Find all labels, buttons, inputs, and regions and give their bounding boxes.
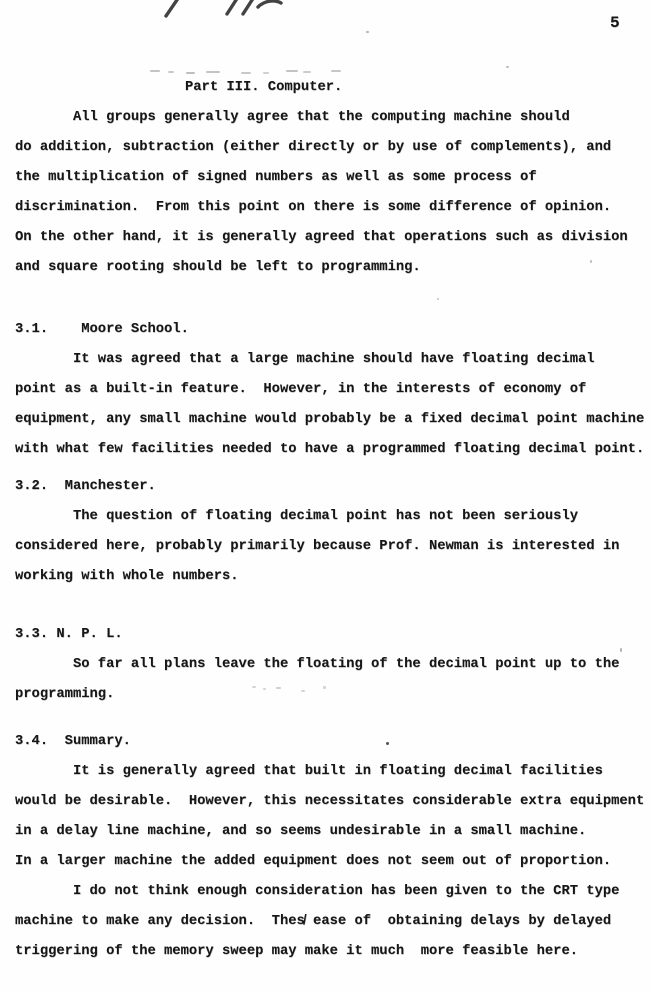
text-line: the multiplication of signed numbers as … (15, 163, 650, 193)
text-line: and square rooting should be left to pro… (15, 253, 650, 283)
section-summary: 3.4. Summary. It is generally agreed tha… (15, 727, 650, 967)
text-line: do addition, subtraction (either directl… (15, 133, 650, 163)
text-line: with what few facilities needed to have … (15, 435, 650, 465)
section-moore-school: 3.1. Moore School. It was agreed that a … (15, 315, 650, 465)
text-line: On the other hand, it is generally agree… (15, 223, 650, 253)
text-line: in a delay line machine, and so seems un… (15, 817, 650, 847)
text-line: would be desirable. However, this necess… (15, 787, 650, 817)
text-line: working with whole numbers. (15, 562, 650, 592)
text-line: considered here, probably primarily beca… (15, 532, 650, 562)
section-npl: 3.3. N. P. L. So far all plans leave the… (15, 620, 650, 710)
section-heading: 3.3. N. P. L. (15, 620, 650, 650)
text-line: So far all plans leave the floating of t… (15, 650, 650, 680)
page-title: Part III. Computer. (15, 73, 650, 103)
section-paragraph: It was agreed that a large machine shoul… (15, 345, 650, 465)
section-paragraph: The question of floating decimal point h… (15, 502, 650, 592)
section-heading: 3.4. Summary. (15, 727, 650, 757)
text-line: I do not think enough consideration has … (15, 877, 650, 907)
section-paragraph: It is generally agreed that built in flo… (15, 757, 650, 967)
text-line: It was agreed that a large machine shoul… (15, 345, 650, 375)
intro-paragraph: All groups generally agree that the comp… (15, 103, 650, 283)
document-page: 5 Part III. Computer. All groups general… (0, 0, 650, 991)
document-body: Part III. Computer. All groups generally… (0, 0, 650, 967)
text-line: All groups generally agree that the comp… (15, 103, 650, 133)
section-heading: 3.2. Manchester. (15, 472, 650, 502)
text-line: triggering of the memory sweep may make … (15, 937, 650, 967)
text-line: It is generally agreed that built in flo… (15, 757, 650, 787)
text-line: point as a built-in feature. However, in… (15, 375, 650, 405)
text-line: The question of floating decimal point h… (15, 502, 650, 532)
section-manchester: 3.2. Manchester. The question of floatin… (15, 472, 650, 592)
text-line: programming. (15, 680, 650, 710)
section-heading: 3.1. Moore School. (15, 315, 650, 345)
section-paragraph: So far all plans leave the floating of t… (15, 650, 650, 710)
text-line: In a larger machine the added equipment … (15, 847, 650, 877)
text-line: discrimination. From this point on there… (15, 193, 650, 223)
text-line: equipment, any small machine would proba… (15, 405, 650, 435)
text-line: machine to make any decision. Thes̸ ease… (15, 907, 650, 937)
